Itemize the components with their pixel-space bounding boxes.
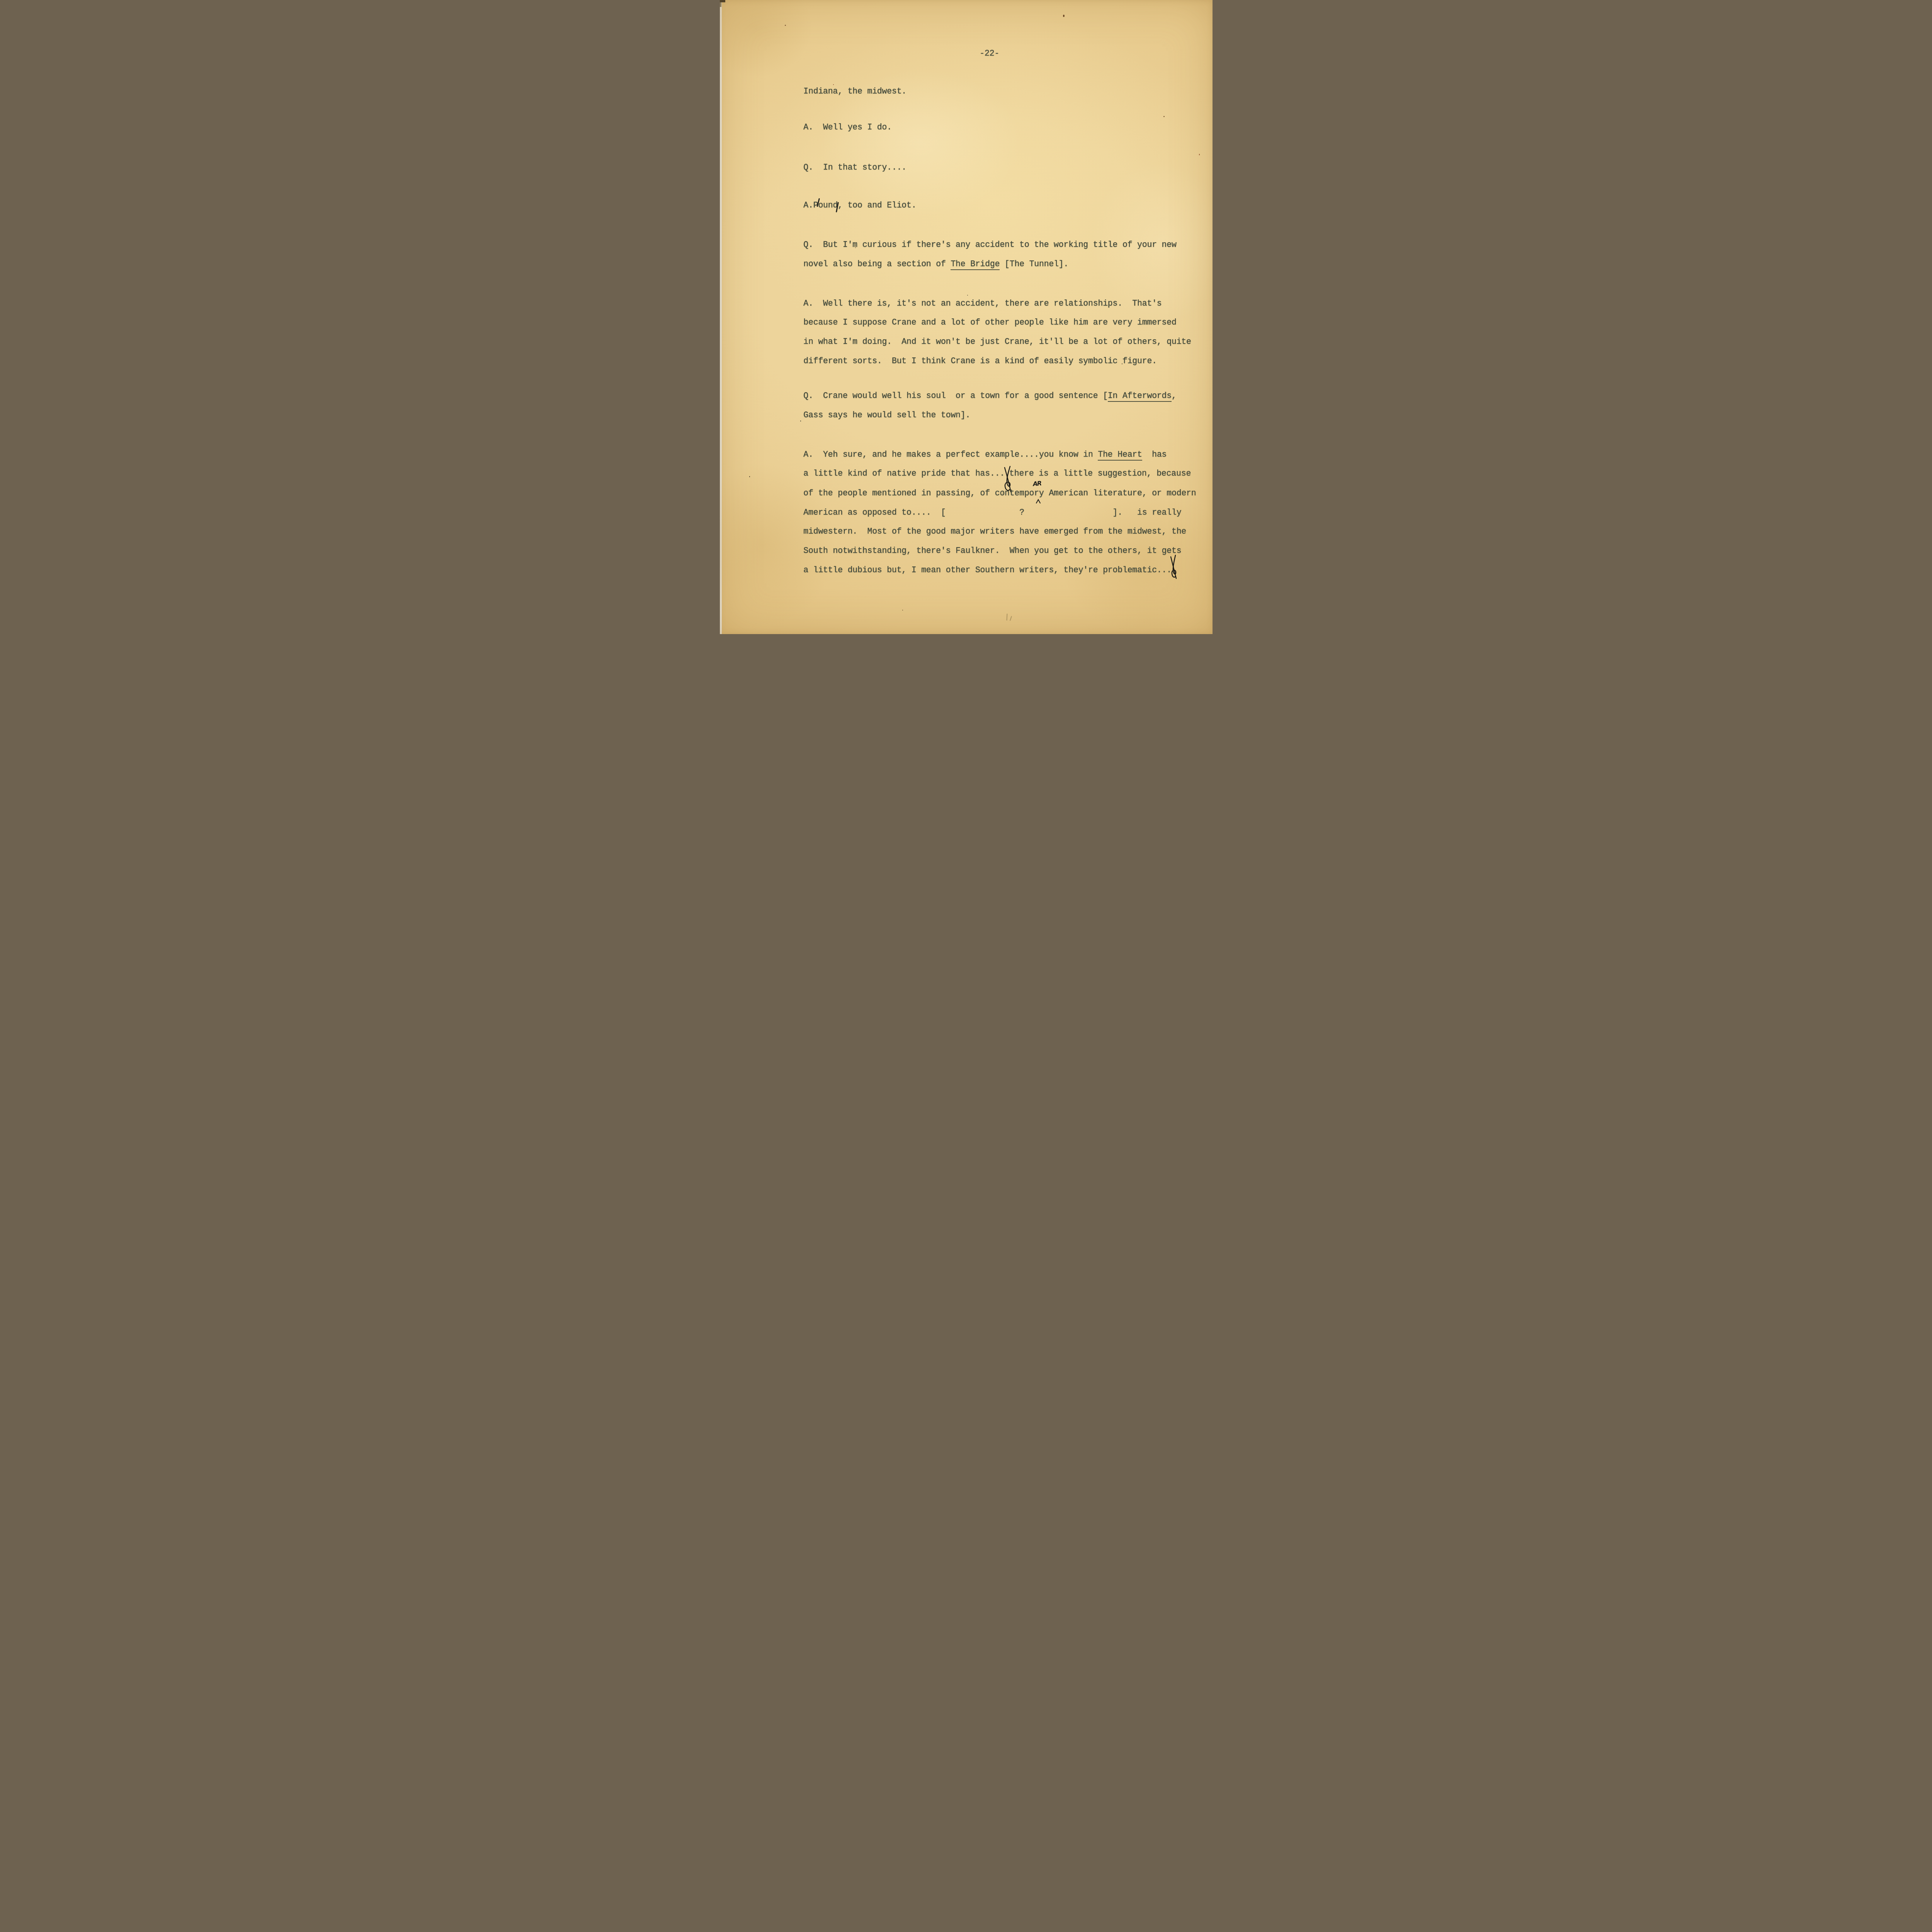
document-page: -22- Indiana, the midwest. A. Well yes I…: [720, 0, 1213, 634]
paper-scratch: [1006, 614, 1007, 621]
typed-line: Gass says he would sell the town].: [784, 400, 971, 430]
typed-text: Indiana, the midwest.: [803, 87, 906, 96]
paper-fleck: [902, 610, 903, 611]
handwritten-ar-insertion: AR: [1032, 478, 1042, 489]
paper-fleck: [1199, 154, 1200, 155]
x-loop-glyph: [1168, 554, 1179, 580]
typed-line: Q. In that story....: [784, 153, 907, 183]
typed-text: ,: [1172, 391, 1177, 401]
underlined-title-in-afterwords: In Afterwords: [1108, 391, 1172, 402]
paper-fleck: [749, 476, 750, 477]
typed-line: a little dubious but, I mean other South…: [784, 555, 1176, 585]
typed-text: [The Tunnel].: [1000, 260, 1068, 269]
typed-text: there is a little suggestion, because: [1009, 469, 1191, 478]
typed-text: has: [1142, 450, 1167, 459]
typed-text: a little kind of native pride that has..…: [803, 469, 1005, 478]
typed-text: American literature, or modern: [1044, 489, 1196, 498]
typed-text: American as opposed to.... [ ? ]. is rea…: [803, 508, 1181, 517]
typed-line: different sorts. But I think Crane is a …: [784, 346, 1157, 376]
typed-line: Indiana, the midwest.: [784, 77, 907, 107]
paper-scratch: [1010, 616, 1012, 621]
paper-fleck: [1063, 15, 1065, 17]
typed-text: A. Well there is, it's not an accident, …: [803, 299, 1162, 308]
page-number-text: -22-: [980, 49, 999, 58]
typed-text: A.Pound, too and Eliot.: [803, 201, 916, 210]
typed-ry-with-insertion: ryAR: [1034, 488, 1044, 498]
typed-text: different sorts. But I think Crane is a …: [803, 357, 1157, 366]
paper-fleck: [785, 25, 786, 26]
typed-text: Gass says he would sell the town].: [803, 411, 970, 420]
typed-text: a little dubious but, I mean other South…: [803, 566, 1172, 575]
typed-text: A. Well yes I do.: [803, 123, 892, 132]
typed-text: of the people mentioned in passing, of c…: [803, 489, 1034, 498]
typed-text: Q. But I'm curious if there's any accide…: [803, 240, 1176, 250]
typed-text: Q. In that story....: [803, 163, 906, 172]
typed-text: ry: [1034, 489, 1044, 498]
typed-text: Q. Crane would well his soul or a town f…: [803, 391, 1108, 401]
typed-text: novel also being a section of: [803, 260, 951, 269]
typed-text: midwestern. Most of the good major write…: [803, 527, 1186, 536]
typed-text: A. Yeh sure, and he makes a perfect exam…: [803, 450, 1098, 459]
paper-blotch: [720, 0, 813, 77]
typed-text: in what I'm doing. And it won't be just …: [803, 337, 1191, 347]
typed-line: novel also being a section of The Bridge…: [784, 249, 1069, 279]
typed-text: because I suppose Crane and a lot of oth…: [803, 318, 1176, 327]
typed-line: A. Well yes I do.: [784, 112, 892, 143]
typed-text: South notwithstanding, there's Faulkner.…: [803, 546, 1181, 556]
underlined-title-the-bridge: The Bridge: [951, 260, 1000, 270]
page-number: -22-: [960, 39, 1000, 69]
scan-corner-artifact-2: [720, 2, 721, 7]
scan-edge-strip: [720, 0, 722, 634]
typed-line: A.Pound, too and Eliot.: [784, 190, 917, 221]
paper-fleck: [1163, 116, 1165, 117]
